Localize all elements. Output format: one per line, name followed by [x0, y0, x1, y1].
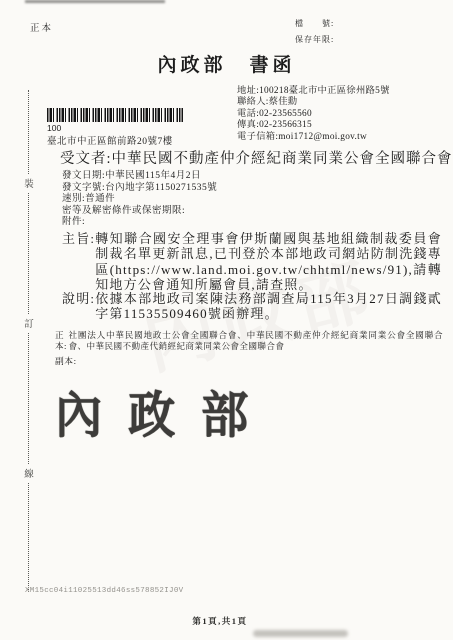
dispatch-meta-block: 發文日期:中華民國115年4月2日 發文字號:台內地字第1150271535號 …: [62, 171, 217, 229]
page-number-footer: 第1頁,共1頁: [0, 615, 440, 627]
subject-section: 主旨: 轉知聯合國安全理事會伊斯蘭國與基地組織制裁委員會制裁名單更新訊息,已刊登…: [62, 231, 442, 293]
subject-text: 轉知聯合國安全理事會伊斯蘭國與基地組織制裁委員會制裁名單更新訊息,已刊登於本部地…: [95, 231, 442, 293]
sender-info-block: 地址:100218臺北市中正區徐州路5號 聯絡人:蔡佳勳 電話:02-23565…: [237, 86, 390, 143]
dispatch-number: 發文字號:台內地字第1150271535號: [62, 183, 217, 195]
official-letter-page: 內政部 正本 檔 號: 保存年限: 內政部 書函 地址:100218臺北市中正區…: [0, 0, 453, 640]
description-label: 說明:: [62, 291, 95, 306]
original-recipients-section: 正本: 社團法人中華民國地政士公會全國聯合會、中華民國不動產仲介經紀商業同業公會…: [55, 330, 443, 352]
binding-mark-xian: 線: [22, 464, 36, 482]
copy-type-label: 正本: [30, 20, 53, 34]
barcode-icon: [47, 108, 183, 122]
subject-label: 主旨:: [62, 231, 95, 246]
sender-phone: 電話:02-23565560: [237, 109, 390, 120]
attachment-label: 附件:: [62, 217, 217, 229]
cc-recipients-label: 副本:: [55, 354, 77, 367]
description-text: 依據本部地政司案陳法務部調查局115年3月27日調錢貳字第11535509460…: [95, 291, 442, 322]
document-verification-code: XM15cc04i11025513dd46ss578852IJ0V: [25, 587, 183, 595]
description-section: 說明: 依據本部地政司案陳法務部調查局115年3月27日調錢貳字第1153550…: [62, 291, 442, 322]
recipient-address: 臺北市中正區館前路20號7樓: [47, 133, 173, 147]
original-recipients-text: 社團法人中華民國地政士公會全國聯合會、中華民國不動產仲介經紀商業同業公會全國聯合…: [69, 330, 443, 352]
scan-artifact-top: [25, 0, 165, 3]
binding-mark-zhuang: 裝: [22, 174, 36, 192]
scan-artifact-bottom: [253, 630, 348, 637]
binding-dotted-line: [28, 90, 29, 592]
retention-period-label: 保存年限:: [295, 32, 334, 48]
sender-fax: 傳真:02-23566315: [237, 120, 390, 131]
document-title: 內政部 書函: [0, 50, 453, 77]
recipient-zip-code: 100: [47, 123, 61, 133]
recipient-title-line: 受文者:中華民國不動產仲介經紀商業同業公會全國聯合會: [60, 147, 453, 168]
agency-name-stamp: 內政部: [55, 376, 274, 446]
sender-email: 電子信箱:moi1712@moi.gov.tw: [237, 132, 390, 143]
delivery-speed: 速別:普通件: [62, 194, 217, 206]
dispatch-date: 發文日期:中華民國115年4月2日: [62, 171, 217, 183]
sender-contact-person: 聯絡人:蔡佳勳: [237, 97, 390, 108]
security-classification: 密等及解密條件或保密期限:: [62, 206, 217, 218]
sender-address: 地址:100218臺北市中正區徐州路5號: [237, 86, 390, 97]
archive-header: 檔 號: 保存年限:: [295, 16, 334, 48]
file-number-label: 檔 號:: [295, 16, 334, 32]
binding-mark-ding: 訂: [22, 314, 36, 332]
original-recipients-label: 正本:: [55, 330, 69, 352]
